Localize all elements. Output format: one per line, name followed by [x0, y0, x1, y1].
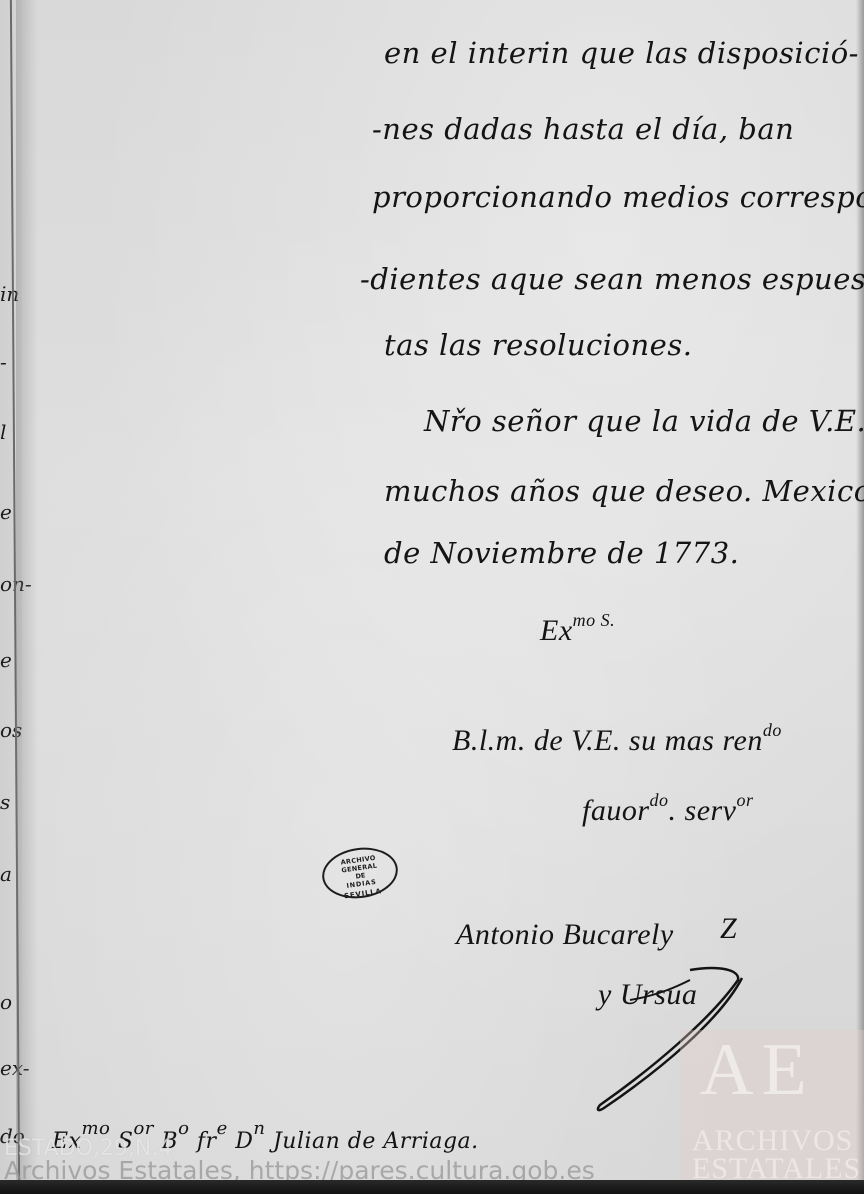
addressee-rest-sup: e [217, 1118, 228, 1139]
salutation-superscript: mo S. [573, 610, 616, 630]
addressee-rest: fr [189, 1129, 216, 1154]
sign-off-line-1-sup: do [763, 720, 782, 740]
body-line-4: -dientes aque sean menos espues- [360, 262, 864, 296]
sign-off-line-2: fauordo. servor [582, 790, 754, 828]
addressee-name-sup: n [253, 1118, 265, 1139]
archive-stamp: ARCHIVO GENERAL DE INDIAS SEVILLA [319, 843, 401, 903]
signature-name-line-1: Antonio Bucarely [456, 918, 674, 952]
facing-page-fragment: e [0, 500, 12, 524]
sign-off-line-2-rest: . serv [669, 794, 737, 827]
body-line-2: -nes dadas hasta el día, ban [372, 112, 794, 146]
body-line-5: tas las resoluciones. [384, 328, 692, 362]
facing-page-fragment: a [0, 862, 12, 886]
salutation: Exmo S. [540, 610, 615, 648]
body-line-3: proporcionando medios correspon- [372, 180, 864, 214]
watermark-logo-letters: AE [700, 1028, 815, 1113]
addressee-surname: Julian de Arriaga. [265, 1129, 478, 1154]
sign-off-line-2-sup2: or [737, 790, 754, 810]
sign-off-line-1-main: B.l.m. de V.E. su mas ren [452, 724, 763, 757]
sign-off-line-1: B.l.m. de V.E. su mas rendo [452, 720, 782, 758]
closing-line-1: Nřo señor que la vida de V.E. [424, 404, 864, 438]
facing-page-fragment: - [0, 350, 7, 374]
facing-page-fragment: s [0, 790, 10, 814]
facing-page-fragment: o [0, 990, 12, 1014]
page-bottom-edge [0, 1180, 864, 1194]
gutter-shadow [16, 0, 38, 1180]
addressee-middle-sup: o [178, 1118, 189, 1139]
facing-page-fragment: e [0, 648, 12, 672]
document-scan: in-leon-eossaoex-do en el interin que la… [0, 0, 864, 1194]
sign-off-line-2-main: fauor [582, 794, 650, 827]
sign-off-line-2-sup: do [650, 790, 669, 810]
closing-line-2: muchos años que deseo. Mexico 26 [384, 474, 864, 508]
body-line-1: en el interin que las disposició- [384, 36, 859, 70]
salutation-main: Ex [540, 614, 573, 647]
addressee-name: D [228, 1129, 254, 1154]
facing-page-fragment: l [0, 420, 6, 444]
closing-line-3: de Noviembre de 1773. [384, 536, 739, 570]
signature-mark: Z [720, 912, 737, 946]
